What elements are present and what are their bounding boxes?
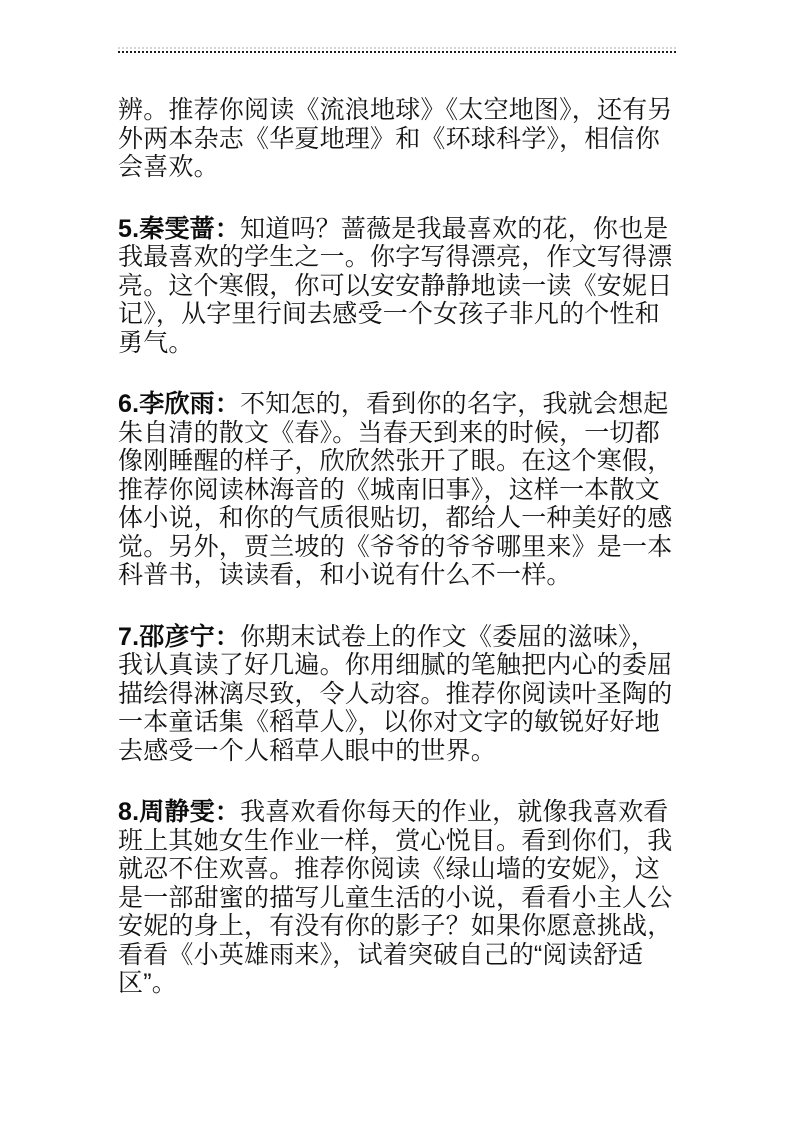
divider-light-line: [118, 47, 676, 49]
document-page: 辨。推荐你阅读《流浪地球》《太空地图》，还有另外两本杂志《华夏地理》和《环球科学…: [0, 0, 793, 1122]
dotted-divider: [118, 47, 676, 53]
entry-6-student-name-label: 6.李欣雨：: [118, 390, 240, 418]
entry-6-text: 不知怎的，看到你的名字，我就会想起朱自清的散文《春》。当春天到来的时候，一切都像…: [118, 390, 672, 589]
entry-8: 8.周静雯：我喜欢看你每天的作业，就像我喜欢看班上其她女生作业一样，赏心悦目。看…: [118, 798, 676, 998]
entry-8-text: 我喜欢看你每天的作业，就像我喜欢看班上其她女生作业一样，赏心悦目。看到你们，我就…: [118, 798, 672, 997]
entry-6: 6.李欣雨：不知怎的，看到你的名字，我就会想起朱自清的散文《春》。当春天到来的时…: [118, 390, 676, 590]
entry-7: 7.邵彦宁：你期末试卷上的作文《委屈的滋味》，我认真读了好几遍。你用细腻的笔触把…: [118, 623, 676, 766]
entry-5: 5.秦雯蔷：知道吗？蔷薇是我最喜欢的花，你也是我最喜欢的学生之一。你字写得漂亮，…: [118, 215, 676, 358]
paragraph-continuation-text: 辨。推荐你阅读《流浪地球》《太空地图》，还有另外两本杂志《华夏地理》和《环球科学…: [118, 96, 673, 181]
entry-8-student-name-label: 8.周静雯：: [118, 798, 240, 826]
divider-dark-line: [118, 51, 676, 53]
entry-7-student-name-label: 7.邵彦宁：: [118, 623, 240, 651]
paragraph-continuation: 辨。推荐你阅读《流浪地球》《太空地图》，还有另外两本杂志《华夏地理》和《环球科学…: [118, 96, 676, 182]
page-content: 辨。推荐你阅读《流浪地球》《太空地图》，还有另外两本杂志《华夏地理》和《环球科学…: [118, 96, 676, 998]
entry-5-student-name-label: 5.秦雯蔷：: [118, 215, 240, 243]
